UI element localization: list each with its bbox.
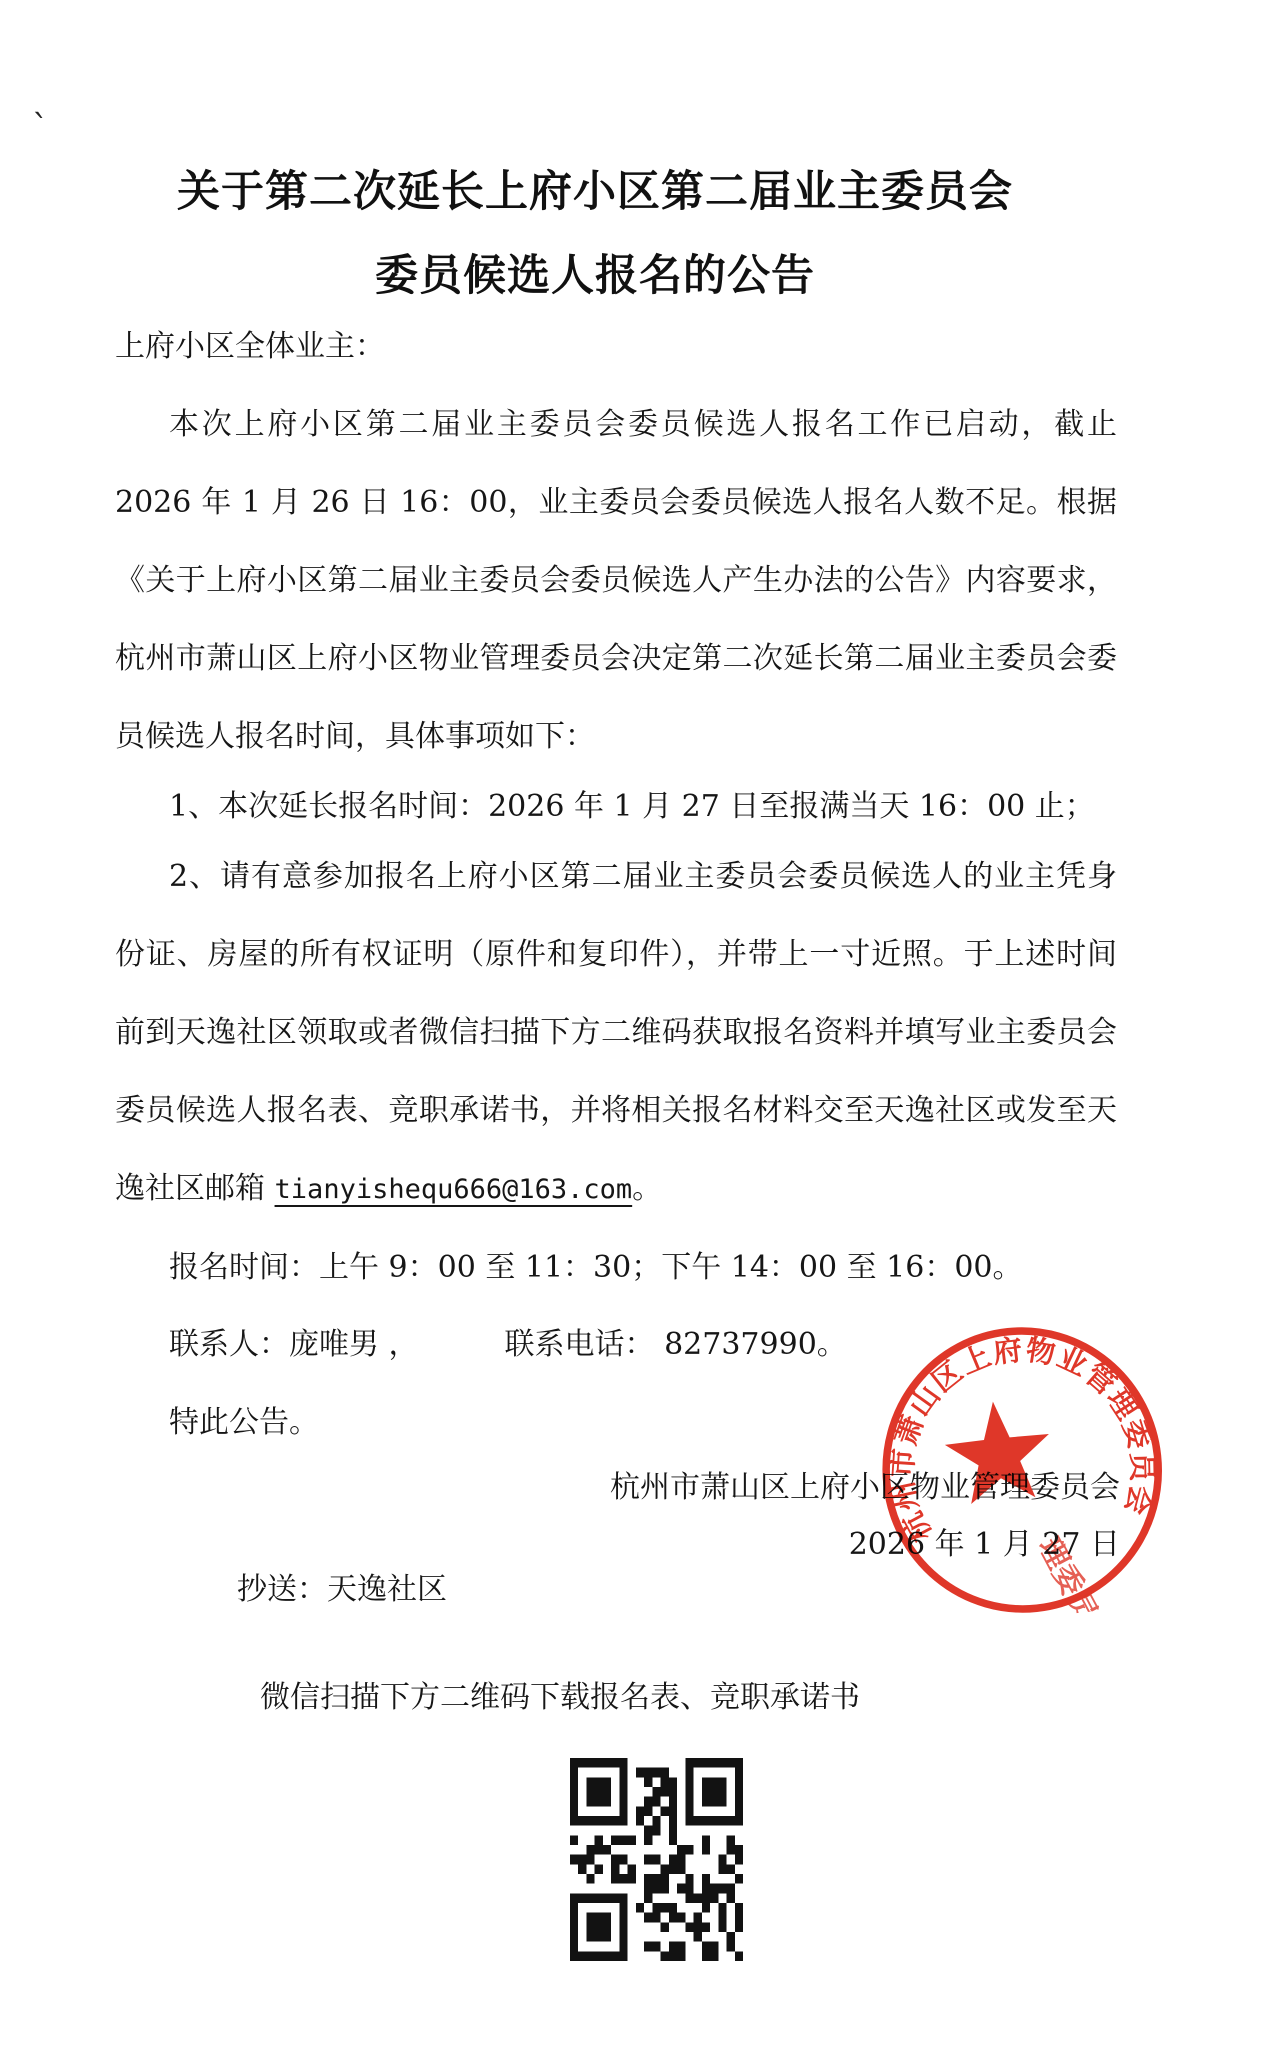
schedule-line: 报名时间：上午 9：00 至 11：30；下午 14：00 至 16：00。 bbox=[115, 1229, 1117, 1307]
stray-pen-mark: ` bbox=[32, 108, 49, 148]
list-item-2-text: 2、请有意参加报名上府小区第二届业主委员会委员候选人的业主凭身份证、房屋的所有权… bbox=[115, 859, 1117, 1206]
stamp-ring-text: 杭州市萧山区上府物业管理委员会 bbox=[871, 1319, 1166, 1549]
contact-phone: 联系电话： 82737990。 bbox=[505, 1327, 847, 1362]
list-item-1: 1、本次延长报名时间：2026 年 1 月 27 日至报满当天 16：00 止； bbox=[115, 768, 1117, 846]
qr-caption: 微信扫描下方二维码下载报名表、竞职承诺书 bbox=[0, 1659, 1120, 1737]
official-stamp: 杭州市萧山区上府物业管理委员会 理委员会 bbox=[857, 1303, 1187, 1633]
stamp-star-icon bbox=[941, 1396, 1055, 1506]
list-item-2-suffix: 。 bbox=[632, 1171, 662, 1206]
qr-code bbox=[570, 1758, 743, 1961]
contact-person: 联系人：庞唯男 ， bbox=[169, 1327, 419, 1362]
cc-line: 抄送：天逸社区 bbox=[237, 1551, 447, 1629]
notice-title: 关于第二次延长上府小区第二届业主委员会 委员候选人报名的公告 bbox=[0, 150, 1190, 318]
salutation: 上府小区全体业主： bbox=[115, 308, 1117, 386]
notice-title-line2: 委员候选人报名的公告 bbox=[0, 234, 1190, 318]
list-item-2: 2、请有意参加报名上府小区第二届业主委员会委员候选人的业主凭身份证、房屋的所有权… bbox=[115, 838, 1117, 1229]
document-page: ` 关于第二次延长上府小区第二届业主委员会 委员候选人报名的公告 上府小区全体业… bbox=[0, 0, 1280, 2067]
notice-title-line1: 关于第二次延长上府小区第二届业主委员会 bbox=[0, 150, 1190, 234]
email-link[interactable]: tianyishequ666@163.com bbox=[275, 1174, 633, 1205]
paragraph-intro: 本次上府小区第二届业主委员会委员候选人报名工作已启动，截止 2026 年 1 月… bbox=[115, 386, 1117, 776]
